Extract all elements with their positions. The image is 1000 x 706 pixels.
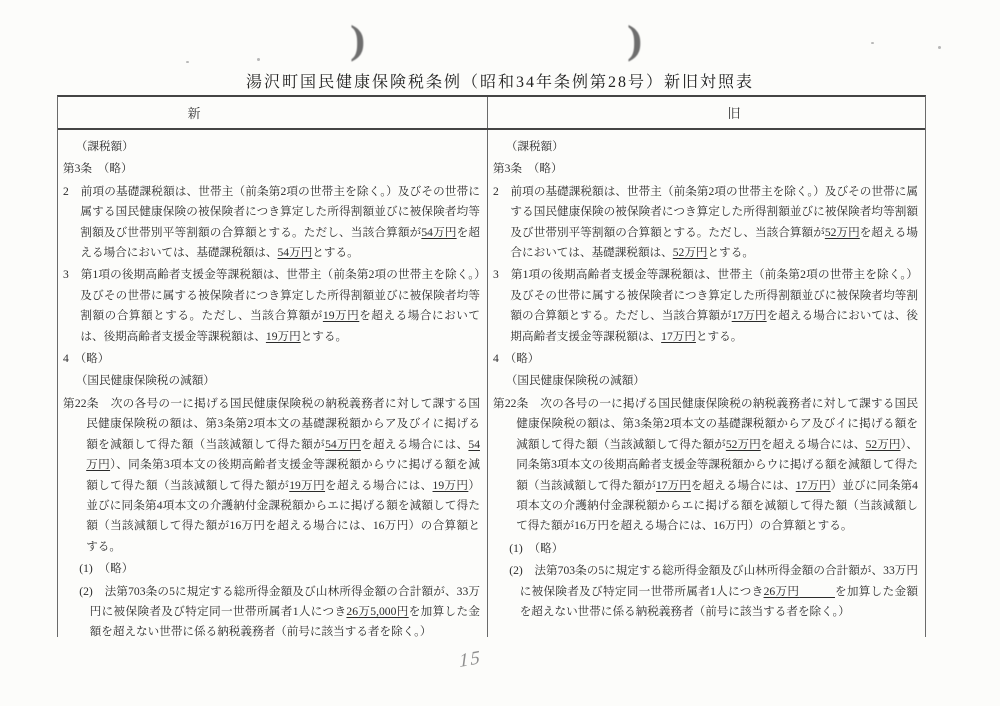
handwritten-page-number: 15 <box>459 647 482 673</box>
underlined-amount: 19万円 <box>289 479 325 492</box>
column-header-old: 旧 <box>488 97 925 128</box>
column-header-new-label: 新 <box>188 103 202 122</box>
scan-speck <box>186 61 189 63</box>
paragraph: 2 前項の基礎課税額は、世帯主（前条第2項の世帯主を除く。）及びその世帯に属する… <box>493 182 918 264</box>
paragraph: （国民健康保険税の減額） <box>493 371 918 391</box>
text-run: とする。 <box>708 246 754 259</box>
column-header-new: 新 <box>58 97 488 128</box>
underlined-amount: 17万円 <box>661 330 696 343</box>
underlined-amount: 26万5,000円 <box>346 605 408 618</box>
scan-speck <box>257 58 260 61</box>
underlined-amount: 54万円 <box>421 226 456 239</box>
paragraph: 3 第1項の後期高齢者支援金等課税額は、世帯主（前条第2項の世帯主を除く。）及び… <box>63 265 480 347</box>
column-old-text: （課税額）第3条 （略）2 前項の基礎課税額は、世帯主（前条第2項の世帯主を除く… <box>488 130 925 637</box>
paragraph: 第22条 次の各号の一に掲げる国民健康保険税の納税義務者に対して課する国民健康保… <box>493 394 918 537</box>
paragraph: 第22条 次の各号の一に掲げる国民健康保険税の納税義務者に対して課する国民健康保… <box>63 394 480 557</box>
underlined-amount: 17万円 <box>732 309 767 322</box>
paragraph: (2) 法第703条の5に規定する総所得金額及び山林所得金額の合計額が、33万円… <box>79 582 480 643</box>
underlined-amount: 52万円 <box>673 246 708 259</box>
underlined-amount: 54万円 <box>278 246 313 259</box>
text-run: 2 前項の基礎課税額は、世帯主（前条第2項の世帯主を除く。）及びその世帯に属する… <box>63 185 480 239</box>
underlined-amount: 52万円 <box>726 438 761 451</box>
scan-speck <box>871 42 874 44</box>
text-run: （国民健康保険税の減額） <box>506 374 645 387</box>
underlined-amount: 19万円 <box>433 479 469 492</box>
underlined-amount: 19万円 <box>323 309 359 322</box>
paragraph: （課税額） <box>63 137 480 157</box>
paragraph: (1) （略） <box>79 559 480 579</box>
paragraph: (1) （略） <box>509 539 918 559</box>
text-run: 4 （略） <box>63 352 109 365</box>
text-run: を超える場合には、 <box>325 479 432 492</box>
page-title: 湯沢町国民健康保険税条例（昭和34年条例第28号）新旧対照表 <box>0 69 1000 92</box>
scan-artifact-icon: ) <box>627 20 642 60</box>
text-run: とする。 <box>312 246 358 259</box>
comparison-table: 新 旧 （課税額）第3条 （略）2 前項の基礎課税額は、世帯主（前条第2項の世帯… <box>57 95 926 637</box>
text-run: とする。 <box>301 330 347 343</box>
paragraph: 2 前項の基礎課税額は、世帯主（前条第2項の世帯主を除く。）及びその世帯に属する… <box>63 182 480 264</box>
paragraph: （国民健康保険税の減額） <box>63 371 480 391</box>
text-run: （課税額） <box>506 140 564 153</box>
paragraph: (2) 法第703条の5に規定する総所得金額及び山林所得金額の合計額が、33万円… <box>509 561 918 622</box>
paragraph: 4 （略） <box>493 349 918 369</box>
table-body: （課税額）第3条 （略）2 前項の基礎課税額は、世帯主（前条第2項の世帯主を除く… <box>58 130 925 637</box>
underlined-amount: 17万円 <box>796 479 831 492</box>
scan-speck <box>938 46 941 49</box>
paragraph: 第3条 （略） <box>63 159 480 179</box>
text-run: を超える場合には、 <box>691 479 796 492</box>
column-header-old-label: 旧 <box>728 103 742 122</box>
underlined-amount: 52万円 <box>825 226 860 239</box>
paragraph: 3 第1項の後期高齢者支援金等課税額は、世帯主（前条第2項の世帯主を除く。）及び… <box>493 265 918 347</box>
text-run: 第3条 （略） <box>493 162 563 175</box>
paragraph: 第3条 （略） <box>493 159 918 179</box>
text-run: （国民健康保険税の減額） <box>76 374 215 387</box>
scan-artifact-icon: ) <box>350 20 365 60</box>
underlined-amount: 26万円 <box>764 585 800 598</box>
text-run: (1) （略） <box>509 542 563 555</box>
scanned-document-page: ) ) 湯沢町国民健康保険税条例（昭和34年条例第28号）新旧対照表 新 旧 （… <box>0 0 1000 706</box>
table-header-row: 新 旧 <box>58 97 925 130</box>
paragraph: 4 （略） <box>63 349 480 369</box>
text-run: 4 （略） <box>493 352 539 365</box>
text-run: を超える場合には、 <box>761 438 866 451</box>
underlined-amount <box>799 585 835 598</box>
underlined-amount: 17万円 <box>656 479 691 492</box>
text-run: (1) （略） <box>79 562 133 575</box>
text-run: 第3条 （略） <box>63 162 133 175</box>
text-run: を超える場合には、 <box>361 438 469 451</box>
underlined-amount: 52万円 <box>866 438 901 451</box>
column-new-text: （課税額）第3条 （略）2 前項の基礎課税額は、世帯主（前条第2項の世帯主を除く… <box>58 130 488 637</box>
underlined-amount: 54万円 <box>325 438 361 451</box>
text-run: とする。 <box>696 330 742 343</box>
paragraph: （課税額） <box>493 137 918 157</box>
underlined-amount: 19万円 <box>266 330 301 343</box>
text-run: （課税額） <box>76 140 134 153</box>
